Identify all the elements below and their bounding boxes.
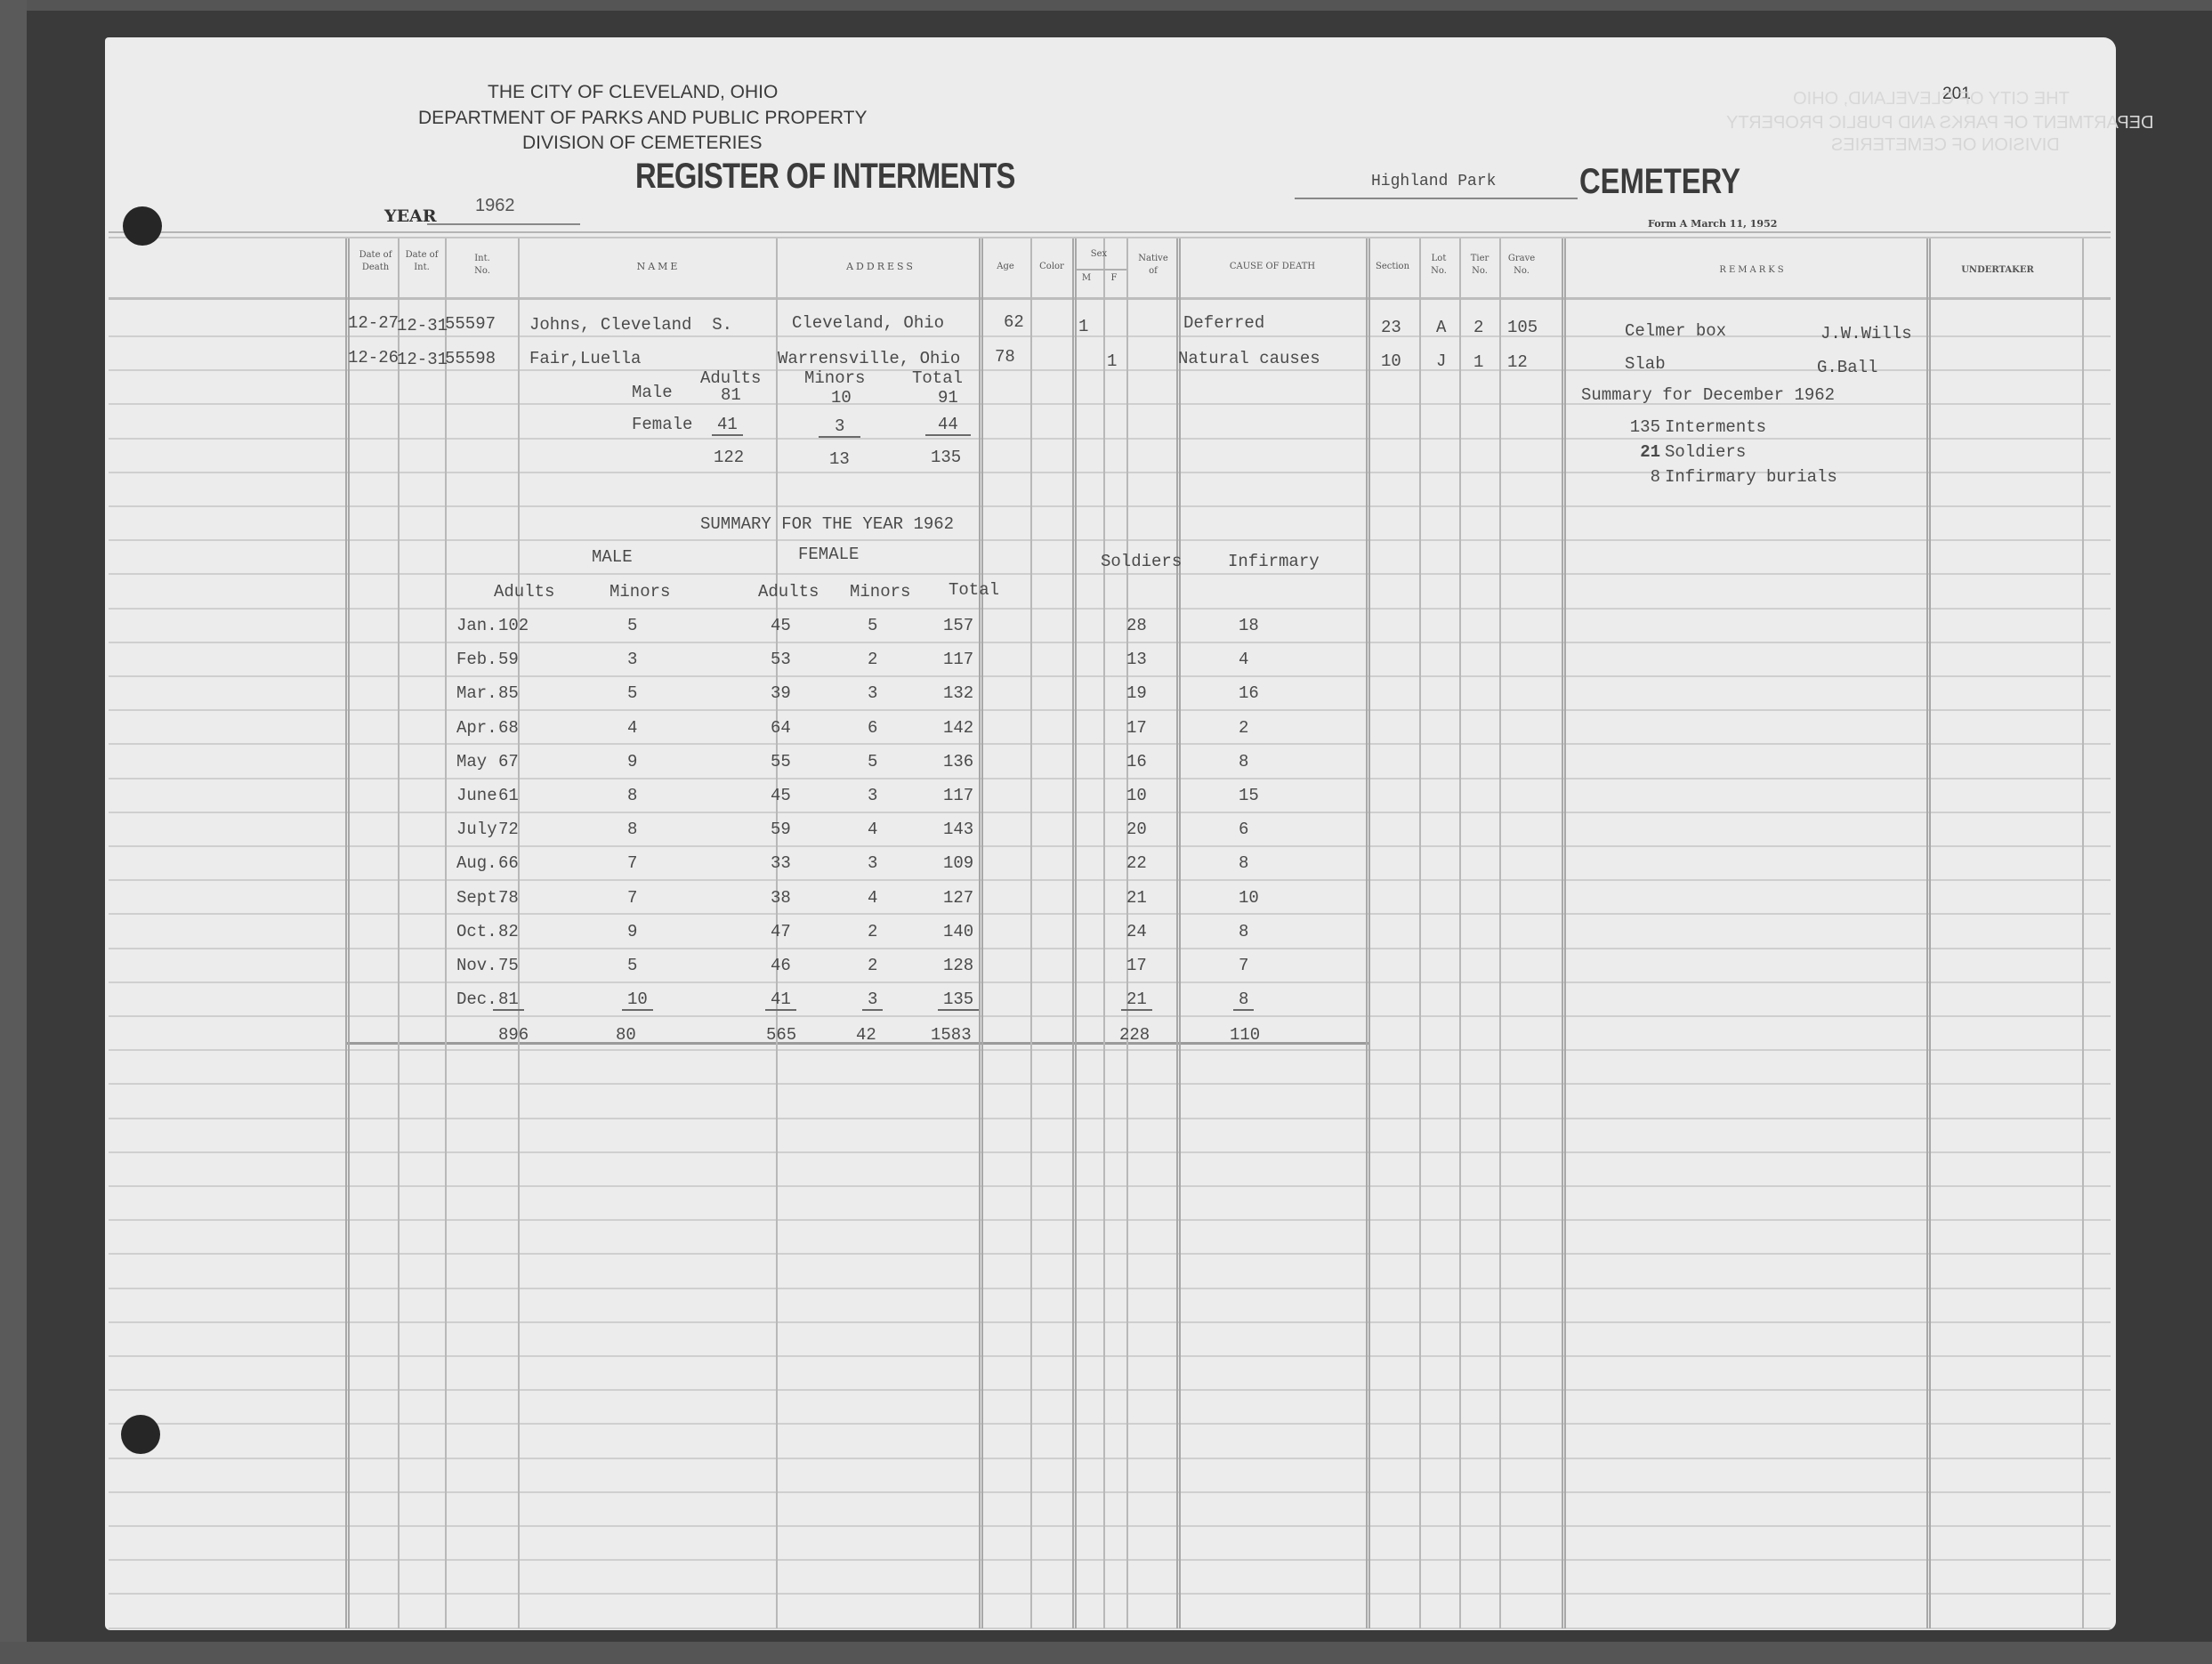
total-female-adults: 565 xyxy=(766,1025,796,1045)
column-divider xyxy=(445,238,447,1628)
male-adults: 102 xyxy=(498,616,529,635)
december-soldiers-count: 21 xyxy=(1625,442,1660,462)
month-summary-header-minors: Minors xyxy=(804,368,865,388)
ledger-rule xyxy=(109,1185,2111,1187)
col-header-native-of: Native of xyxy=(1135,253,1171,278)
male-minors: 10 xyxy=(622,990,653,1011)
male-minors: 3 xyxy=(627,650,637,669)
ledger-rule xyxy=(109,1423,2111,1425)
col-header-name: NAME xyxy=(623,261,694,273)
ledger-rule xyxy=(109,573,2111,575)
row-total: 142 xyxy=(943,718,973,738)
female-adults: 47 xyxy=(771,922,791,941)
male-adults: 82 xyxy=(498,922,519,941)
male-adults: 68 xyxy=(498,718,519,738)
col-header-tier-no: Tier No. xyxy=(1466,253,1493,278)
female-minors: 2 xyxy=(868,956,877,975)
female-minors: 5 xyxy=(868,616,877,635)
grave-no: 12 xyxy=(1507,352,1528,372)
row-total: 128 xyxy=(943,956,973,975)
row-total: 132 xyxy=(943,683,973,703)
female-adults: 45 xyxy=(771,786,791,805)
col-header-address: ADDRESS xyxy=(832,261,930,273)
binder-top-edge xyxy=(0,0,2212,11)
month-summary-label: Male xyxy=(632,383,673,402)
female-adults: 41 xyxy=(765,990,796,1011)
header-rule xyxy=(109,237,2111,238)
row-total: 117 xyxy=(943,650,973,669)
tier-no: 2 xyxy=(1473,318,1483,337)
section: 10 xyxy=(1381,351,1401,371)
column-divider xyxy=(1562,238,1566,1628)
col-header-cause-of-death: CAUSE OF DEATH xyxy=(1192,261,1352,273)
male-minors: 4 xyxy=(627,718,637,738)
column-divider xyxy=(1459,238,1461,1628)
deceased-name: Fair,Luella xyxy=(529,349,641,368)
register-title: REGISTER OF INTERMENTS xyxy=(635,157,1015,197)
total-grand-total: 1583 xyxy=(931,1025,972,1045)
row-total: 140 xyxy=(943,922,973,941)
december-interments-label: Interments xyxy=(1665,417,1766,437)
month-label: Oct. xyxy=(456,922,497,941)
ledger-rule xyxy=(109,1355,2111,1357)
infirmary: 4 xyxy=(1239,650,1248,669)
soldiers: 10 xyxy=(1126,786,1147,805)
month-label: Jan. xyxy=(456,616,497,635)
december-soldiers-label: Soldiers xyxy=(1665,442,1746,462)
row-total: 135 xyxy=(938,990,979,1011)
cemetery-name: Highland Park xyxy=(1371,173,1496,190)
male-adults: 61 xyxy=(498,786,519,805)
female-minors: 3 xyxy=(868,853,877,873)
ledger-rule xyxy=(109,1015,2111,1017)
female-minors: 2 xyxy=(868,650,877,669)
month-label: Mar. xyxy=(456,683,497,703)
month-summary-adults: 81 xyxy=(721,385,741,405)
bleedthrough-text: DEPARTMENT OF PARKS AND PUBLIC PROPERTY xyxy=(1726,113,2153,133)
sex-m: 1 xyxy=(1078,317,1088,336)
col-header-undertaker: UNDERTAKER xyxy=(1940,264,2055,277)
remarks: Slab xyxy=(1625,354,1666,374)
male-minors: 9 xyxy=(627,752,637,771)
ledger-rule xyxy=(109,1288,2111,1289)
month-summary-grand-total: 135 xyxy=(931,448,961,467)
infirmary: 8 xyxy=(1239,922,1248,941)
ledger-rule xyxy=(109,608,2111,610)
ledger-rule xyxy=(109,1389,2111,1391)
female-minors: 6 xyxy=(868,718,877,738)
cemetery-label: CEMETERY xyxy=(1579,162,1740,202)
col-header-sex: Sex xyxy=(1077,248,1121,261)
grave-no: 105 xyxy=(1507,318,1538,337)
binder-spine xyxy=(0,0,27,1664)
ledger-rule xyxy=(109,913,2111,915)
infirmary: 7 xyxy=(1239,956,1248,975)
month-summary-adults-total: 122 xyxy=(714,448,744,467)
female-minors: 3 xyxy=(868,786,877,805)
month-summary-header-total: Total xyxy=(912,368,963,388)
undertaker: G.Ball xyxy=(1817,358,1877,377)
division-heading: DIVISION OF CEMETERIES xyxy=(522,133,763,154)
infirmary: 15 xyxy=(1239,786,1259,805)
date-of-death: 12-27 xyxy=(348,313,399,333)
bleedthrough-text: THE CITY OF CLEVELAND, OHIO xyxy=(1793,89,2070,109)
total-female-minors: 42 xyxy=(856,1025,876,1045)
lot-no: J xyxy=(1436,351,1446,371)
soldiers: 20 xyxy=(1126,820,1147,839)
lot-no: A xyxy=(1436,318,1446,337)
year-summary-group-female: FEMALE xyxy=(798,545,859,564)
column-divider xyxy=(398,238,400,1628)
col-header-lot-no: Lot No. xyxy=(1427,253,1450,278)
soldiers: 21 xyxy=(1126,888,1147,908)
male-minors: 7 xyxy=(627,853,637,873)
year-underline xyxy=(427,223,580,225)
month-summary-label: Female xyxy=(632,415,692,434)
col-header-age: Age xyxy=(992,261,1019,273)
soldiers: 19 xyxy=(1126,683,1147,703)
male-minors: 9 xyxy=(627,922,637,941)
ledger-rule xyxy=(109,1491,2111,1493)
col-header-sex-m: M xyxy=(1075,272,1098,285)
col-header-date-of-int: Date of Int. xyxy=(402,249,441,274)
female-adults: 33 xyxy=(771,853,791,873)
ledger-rule xyxy=(109,1628,2111,1629)
tier-no: 1 xyxy=(1473,352,1483,372)
date-of-int: 12-31 xyxy=(397,350,448,369)
soldiers: 13 xyxy=(1126,650,1147,669)
row-total: 143 xyxy=(943,820,973,839)
male-minors: 5 xyxy=(627,956,637,975)
ledger-rule xyxy=(109,948,2111,949)
ledger-rule xyxy=(109,1219,2111,1221)
address: Cleveland, Ohio xyxy=(792,313,944,333)
infirmary: 8 xyxy=(1239,752,1248,771)
date-of-int: 12-31 xyxy=(397,316,448,335)
col-header-remarks: REMARKS xyxy=(1691,264,1815,277)
year-summary-col-infirmary: Infirmary xyxy=(1228,552,1320,571)
year-summary-col-male-minors: Minors xyxy=(610,582,670,602)
total-infirmary: 110 xyxy=(1230,1025,1260,1045)
month-label: Apr. xyxy=(456,718,497,738)
male-adults: 81 xyxy=(493,990,524,1011)
col-header-section: Section xyxy=(1370,261,1415,273)
ledger-rule xyxy=(109,1321,2111,1323)
female-minors: 4 xyxy=(868,820,877,839)
column-divider xyxy=(979,238,983,1628)
year-summary-col-total: Total xyxy=(949,580,999,600)
year-value: 1962 xyxy=(475,196,515,216)
column-divider xyxy=(1103,238,1105,1628)
soldiers: 21 xyxy=(1121,990,1152,1011)
age: 62 xyxy=(1004,312,1024,332)
binder-bottom-edge xyxy=(0,1642,2212,1664)
cause-of-death: Deferred xyxy=(1183,313,1264,333)
city-heading: THE CITY OF CLEVELAND, OHIO xyxy=(488,82,778,103)
infirmary: 10 xyxy=(1239,888,1259,908)
column-divider xyxy=(1419,238,1421,1628)
year-summary-col-soldiers: Soldiers xyxy=(1101,552,1182,571)
female-minors: 3 xyxy=(868,683,877,703)
month-summary-adults: 41 xyxy=(712,415,743,436)
sex-subheader-rule xyxy=(1077,269,1126,271)
male-adults: 67 xyxy=(498,752,519,771)
column-divider xyxy=(1499,238,1501,1628)
cemetery-underline xyxy=(1295,198,1578,199)
male-adults: 85 xyxy=(498,683,519,703)
bleedthrough-text: DIVISION OF CEMETERIES xyxy=(1831,135,2060,156)
female-minors: 4 xyxy=(868,888,877,908)
month-summary-minors-total: 13 xyxy=(829,449,850,469)
month-label: May xyxy=(456,752,487,771)
total-male-adults: 896 xyxy=(498,1025,529,1045)
total-soldiers: 228 xyxy=(1119,1025,1150,1045)
infirmary: 6 xyxy=(1239,820,1248,839)
male-adults: 66 xyxy=(498,853,519,873)
december-infirmary-label: Infirmary burials xyxy=(1665,467,1837,487)
female-adults: 64 xyxy=(771,718,791,738)
female-adults: 38 xyxy=(771,888,791,908)
column-divider xyxy=(1926,238,1931,1628)
ledger-rule xyxy=(109,539,2111,541)
ledger-rule xyxy=(109,642,2111,643)
soldiers: 22 xyxy=(1126,853,1147,873)
binder-hole-bottom xyxy=(121,1415,160,1454)
ledger-rule xyxy=(109,438,2111,440)
year-summary-col-female-adults: Adults xyxy=(758,582,819,602)
female-minors: 3 xyxy=(862,990,883,1011)
female-adults: 55 xyxy=(771,752,791,771)
ledger-rule xyxy=(109,1458,2111,1459)
row-total: 157 xyxy=(943,616,973,635)
month-label: Dec. xyxy=(456,990,497,1009)
remarks: Celmer box xyxy=(1625,321,1726,341)
female-adults: 45 xyxy=(771,616,791,635)
ledger-rule xyxy=(109,1049,2111,1051)
ledger-rule xyxy=(109,879,2111,881)
male-minors: 5 xyxy=(627,616,637,635)
undertaker: J.W.Wills xyxy=(1820,324,1912,343)
december-summary-title: Summary for December 1962 xyxy=(1581,385,1835,405)
ledger-rule xyxy=(109,1253,2111,1255)
ledger-rule xyxy=(109,743,2111,745)
cause-of-death: Natural causes xyxy=(1178,349,1320,368)
department-heading: DEPARTMENT OF PARKS AND PUBLIC PROPERTY xyxy=(418,108,868,129)
female-adults: 53 xyxy=(771,650,791,669)
male-minors: 8 xyxy=(627,786,637,805)
ledger-rule xyxy=(109,1151,2111,1153)
male-adults: 75 xyxy=(498,956,519,975)
header-bottom-rule xyxy=(109,297,2111,300)
col-header-grave-no: Grave No. xyxy=(1506,253,1538,278)
infirmary: 8 xyxy=(1239,853,1248,873)
soldiers: 16 xyxy=(1126,752,1147,771)
col-header-color: Color xyxy=(1034,261,1070,273)
soldiers: 24 xyxy=(1126,922,1147,941)
soldiers: 28 xyxy=(1126,616,1147,635)
month-label: July xyxy=(456,820,497,839)
male-adults: 78 xyxy=(498,888,519,908)
section: 23 xyxy=(1381,318,1401,337)
ledger-rule xyxy=(109,505,2111,507)
deceased-name: Johns, Cleveland S. xyxy=(529,315,732,335)
female-adults: 46 xyxy=(771,956,791,975)
binder-hole-top xyxy=(123,206,162,246)
ledger-rule xyxy=(109,778,2111,779)
female-minors: 2 xyxy=(868,922,877,941)
december-interments-count: 135 xyxy=(1625,417,1660,437)
header-rule xyxy=(109,231,2111,233)
month-label: Nov. xyxy=(456,956,497,975)
infirmary: 8 xyxy=(1233,990,1254,1011)
year-summary-title: SUMMARY FOR THE YEAR 1962 xyxy=(700,514,954,534)
col-header-int-no: Int. No. xyxy=(472,253,493,278)
infirmary: 16 xyxy=(1239,683,1259,703)
ledger-rule xyxy=(109,981,2111,983)
december-infirmary-count: 8 xyxy=(1625,467,1660,487)
month-summary-minors: 10 xyxy=(831,388,852,408)
month-summary-total: 44 xyxy=(925,415,971,436)
ledger-rule xyxy=(109,1083,2111,1085)
month-summary-total: 91 xyxy=(938,388,958,408)
ledger-rule xyxy=(109,335,2111,337)
col-header-date-of-death: Date of Death xyxy=(354,249,397,274)
male-minors: 7 xyxy=(627,888,637,908)
male-adults: 59 xyxy=(498,650,519,669)
soldiers: 17 xyxy=(1126,956,1147,975)
year-summary-col-female-minors: Minors xyxy=(850,582,910,602)
ledger-rule xyxy=(109,845,2111,847)
int-no: 55598 xyxy=(445,349,496,368)
ledger-rule xyxy=(109,812,2111,813)
row-total: 136 xyxy=(943,752,973,771)
row-total: 117 xyxy=(943,786,973,805)
infirmary: 2 xyxy=(1239,718,1248,738)
year-summary-col-male-adults: Adults xyxy=(494,582,554,602)
column-divider xyxy=(1030,238,1032,1628)
column-divider xyxy=(345,238,350,1628)
ledger-rule xyxy=(109,1118,2111,1119)
male-minors: 8 xyxy=(627,820,637,839)
ledger-rule xyxy=(109,1593,2111,1595)
male-adults: 72 xyxy=(498,820,519,839)
ledger-rule xyxy=(109,1559,2111,1561)
month-label: June xyxy=(456,786,497,805)
female-adults: 39 xyxy=(771,683,791,703)
date-of-death: 12-26 xyxy=(348,348,399,368)
soldiers: 17 xyxy=(1126,718,1147,738)
row-total: 109 xyxy=(943,853,973,873)
column-divider xyxy=(1176,238,1181,1628)
ledger-rule xyxy=(109,1525,2111,1527)
row-total: 127 xyxy=(943,888,973,908)
int-no: 55597 xyxy=(445,314,496,334)
column-divider xyxy=(1366,238,1370,1628)
address: Warrensville, Ohio xyxy=(778,349,960,368)
female-adults: 59 xyxy=(771,820,791,839)
ledger-rule xyxy=(109,709,2111,711)
sex-f: 1 xyxy=(1107,351,1117,371)
total-male-minors: 80 xyxy=(616,1025,636,1045)
age: 78 xyxy=(995,347,1015,367)
year-summary-group-male: MALE xyxy=(592,547,633,567)
form-note: Form A March 11, 1952 xyxy=(1648,218,1777,230)
month-label: Aug. xyxy=(456,853,497,873)
ledger-rule xyxy=(109,675,2111,677)
month-label: Feb. xyxy=(456,650,497,669)
column-divider xyxy=(1072,238,1077,1628)
month-summary-minors: 3 xyxy=(819,416,860,438)
female-minors: 5 xyxy=(868,752,877,771)
infirmary: 18 xyxy=(1239,616,1259,635)
col-header-sex-f: F xyxy=(1103,272,1125,285)
male-minors: 5 xyxy=(627,683,637,703)
column-divider xyxy=(2082,238,2084,1628)
